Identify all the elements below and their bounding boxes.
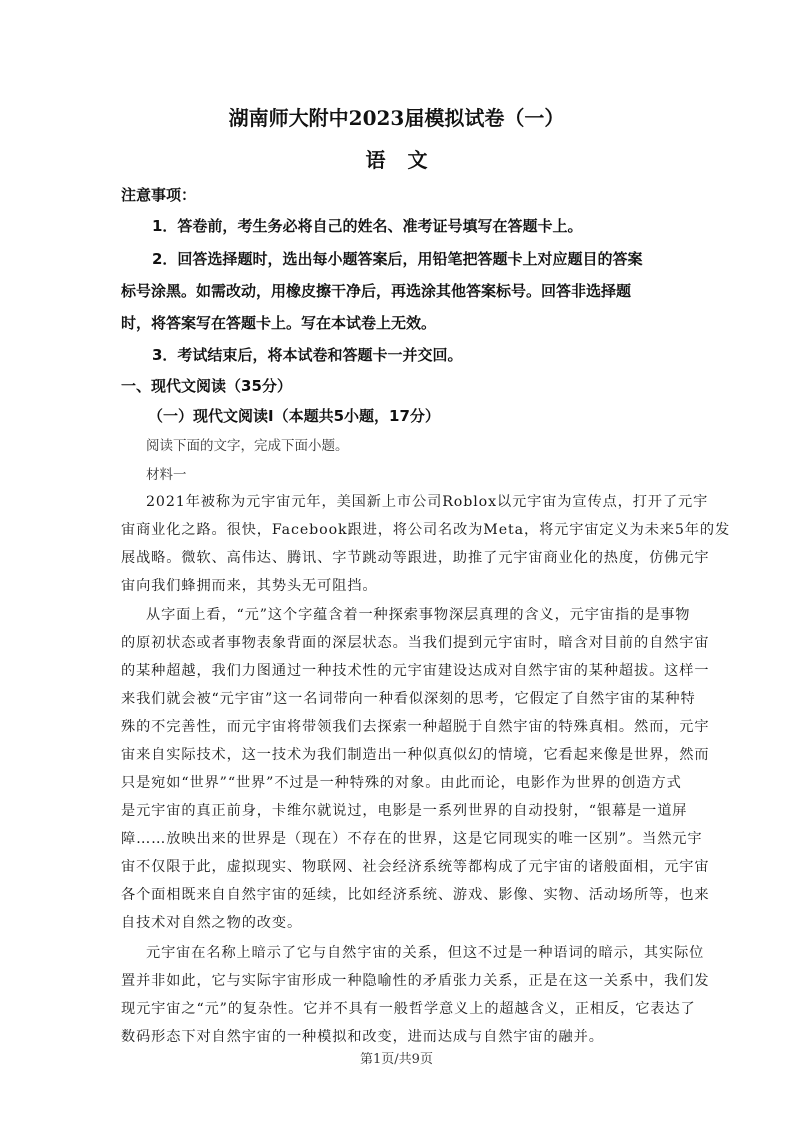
subject-title: 语文 (0, 144, 793, 173)
passage-line: 数码形态下对自然宇宙的一种模拟和改变，进而达成与自然宇宙的融并。 (121, 1026, 604, 1046)
note-line-5: 3．考试结束后，将本试卷和答题卡一并交回。 (152, 344, 462, 365)
material-label: 材料一 (146, 463, 187, 483)
passage-line: 宙商业化之路。很快，Facebook跟进，将公司名改为Meta，将元宇宙定义为未… (121, 519, 730, 539)
passage-line: 置并非如此，它与实际宇宙形成一种隐喻性的矛盾张力关系，正是在这一关系中，我们发 (121, 970, 709, 990)
passage-line: 宙向我们蜂拥而来，其势头无可阻挡。 (121, 575, 378, 595)
passage-line: 只是宛如“世界”“世界”不过是一种特殊的对象。由此而论，电影作为世界的创造方式 (121, 772, 682, 792)
passage-line: 各个面相既来自自然宇宙的延续，比如经济系统、游戏、影像、实物、活动场所等，也来 (121, 884, 709, 904)
exam-page: 湖南师大附中2023届模拟试卷（一） 语文 注意事项： 1．答卷前，考生务必将自… (0, 0, 793, 1122)
passage-line: 障……放映出来的世界是（现在）不存在的世界，这是它同现实的唯一区别”。当然元宇 (121, 828, 702, 848)
notes-heading: 注意事项： (121, 184, 196, 205)
exam-title: 湖南师大附中2023届模拟试卷（一） (0, 102, 793, 131)
passage-line: 现元宇宙之“元”的复杂性。它并不具有一般哲学意义上的超越含义，正相反，它表达了 (121, 998, 696, 1018)
passage-line: 宙来自实际技术，这一技术为我们制造出一种似真似幻的情境，它看起来像是世界，然而 (121, 744, 709, 764)
passage-line: 殊的不完善性，而元宇宙将带领我们去探索一种超脱于自然宇宙的特殊真相。然而，元宇 (121, 716, 709, 736)
note-line-1: 1．答卷前，考生务必将自己的姓名、准考证号填写在答题卡上。 (152, 215, 582, 236)
passage-line: 2021年被称为元宇宙元年，美国新上市公司Roblox以元宇宙为宣传点，打开了元… (146, 491, 708, 511)
page-number: 第1页/共9页 (0, 1048, 793, 1067)
note-line-3: 标号涂黑。如需改动，用橡皮擦干净后，再选涂其他答案标号。回答非选择题 (121, 280, 631, 301)
passage-line: 元宇宙在名称上暗示了它与自然宇宙的关系，但这不过是一种语词的暗示，其实际位 (146, 942, 704, 962)
passage-line: 宙不仅限于此，虚拟现实、物联网、社会经济系统等都构成了元宇宙的诸般面相，元宇宙 (121, 856, 709, 876)
note-line-2: 2．回答选择题时，选出每小题答案后，用铅笔把答题卡上对应题目的答案 (152, 248, 642, 269)
passage-line: 来我们就会被“元宇宙”这一名词带向一种看似深刻的思考，它假定了自然宇宙的某种特 (121, 688, 696, 708)
section-subheading: （一）现代文阅读Ⅰ（本题共5小题，17分） (148, 405, 440, 426)
passage-line: 是元宇宙的真正前身，卡维尔就说过，电影是一系列世界的自动投射，“银幕是一道屏 (121, 800, 687, 820)
section-instruction: 阅读下面的文字，完成下面小题。 (146, 434, 349, 454)
passage-line: 的某种超越，我们力图通过一种技术性的元宇宙建设达成对自然宇宙的某种超拔。这样一 (121, 660, 709, 680)
note-line-4: 时，将答案写在答题卡上。写在本试卷上无效。 (121, 312, 436, 333)
section-heading: 一、现代文阅读（35分） (121, 375, 292, 396)
passage-line: 自技术对自然之物的改变。 (121, 912, 302, 932)
passage-line: 的原初状态或者事物表象背面的深层状态。当我们提到元宇宙时，暗含对目前的自然宇宙 (121, 632, 709, 652)
passage-line: 从字面上看，“元”这个字蕴含着一种探索事物深层真理的含义，元宇宙指的是事物 (146, 604, 690, 624)
passage-line: 展战略。微软、高伟达、腾讯、字节跳动等跟进，助推了元宇宙商业化的热度，仿佛元宇 (121, 547, 709, 567)
